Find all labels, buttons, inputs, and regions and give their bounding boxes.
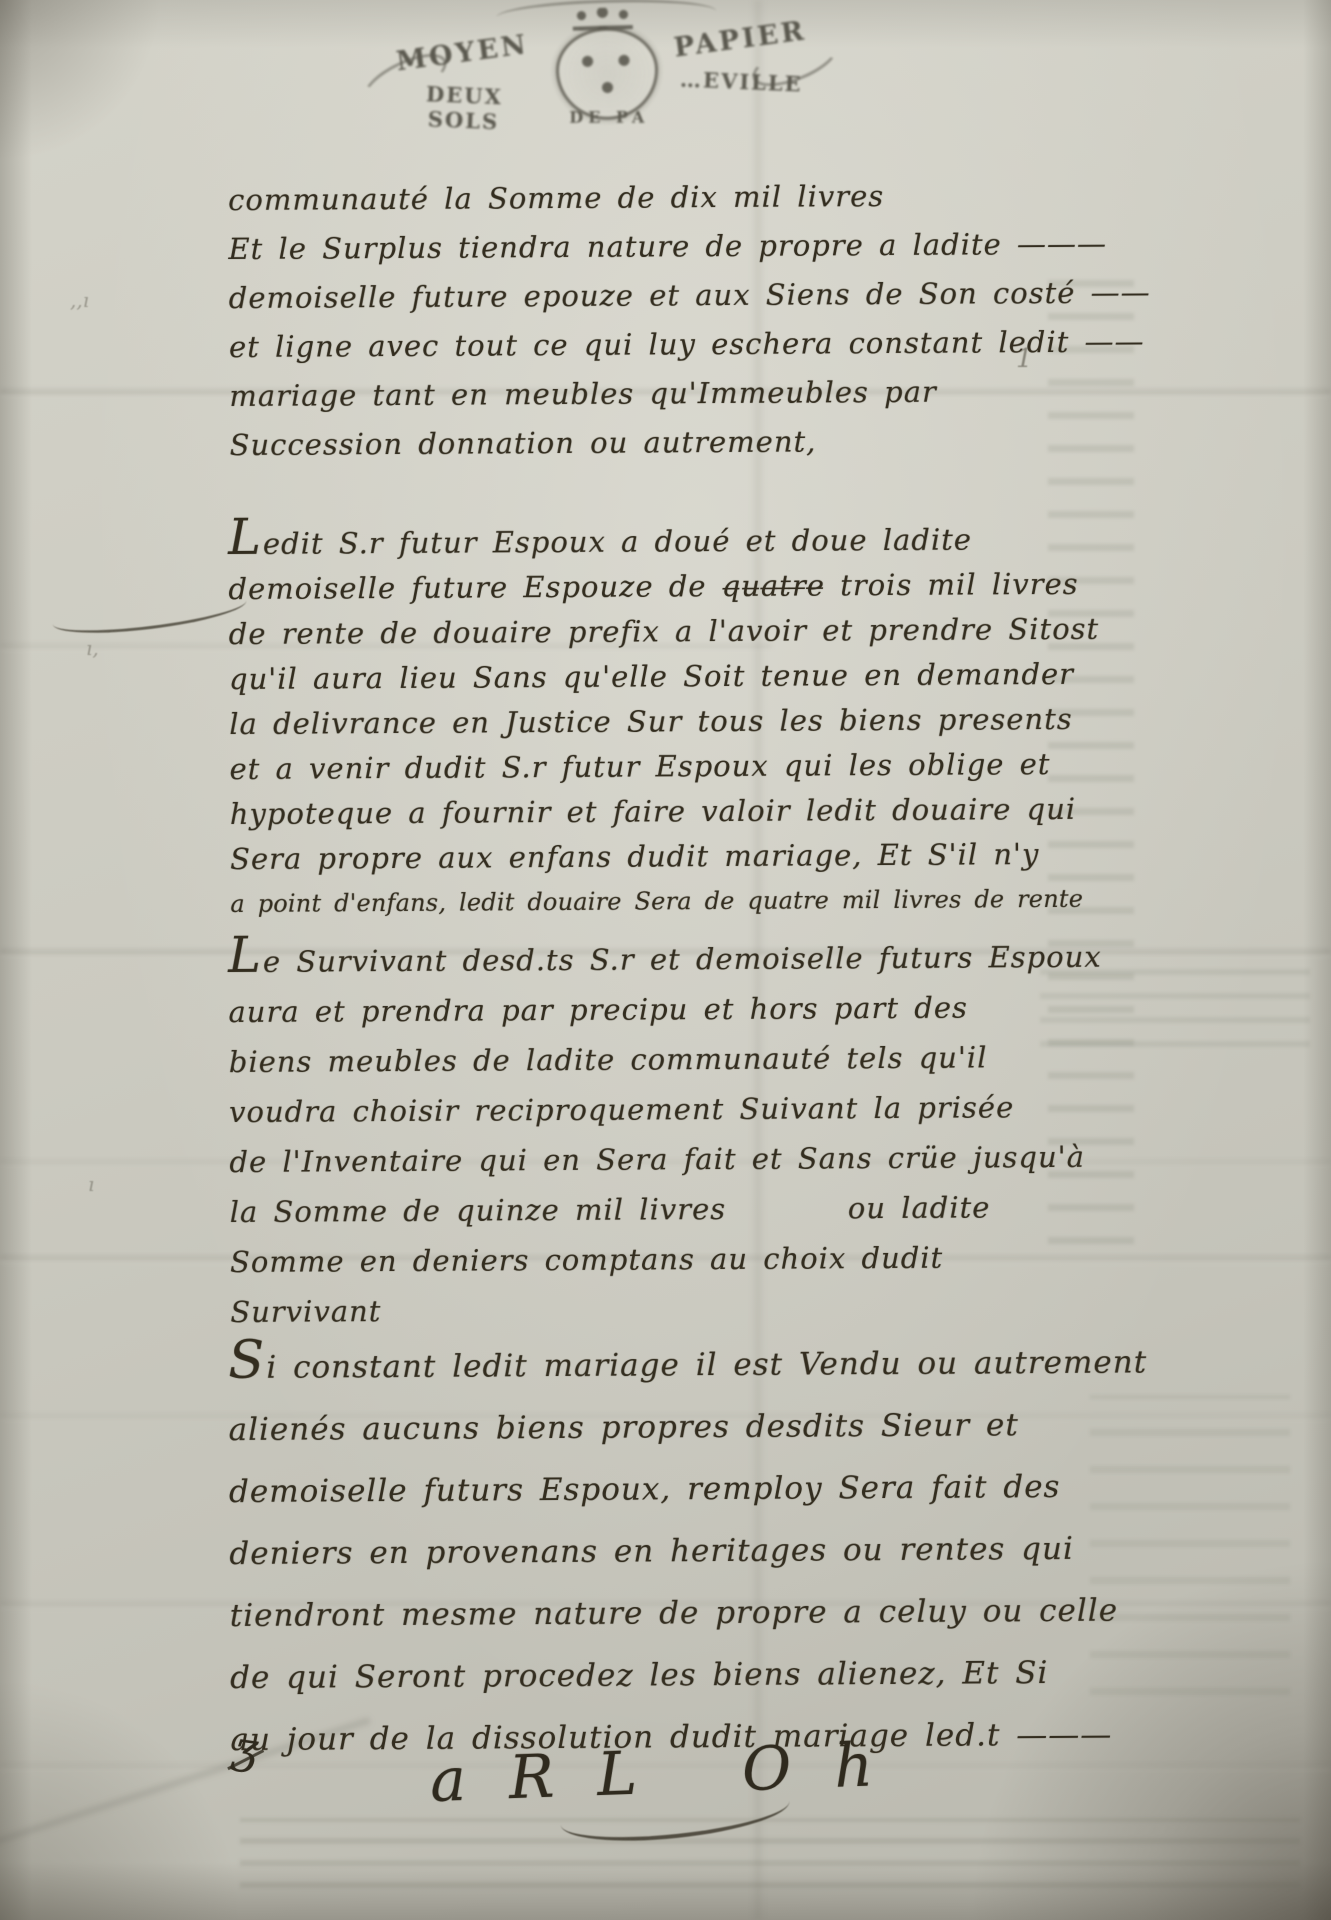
ink-bleedthrough [1090, 1395, 1290, 1725]
paragraph: Ledit S.r futur Espoux a doué et doue la… [228, 510, 1091, 927]
fiscal-paper-stamp: MOYEN DEUX SOLS PAPIER …EVILLE DE PA [376, 0, 819, 140]
margin-smudge: ı, [86, 636, 99, 660]
text-line: aura et prendra par precipu et hors part… [228, 982, 1088, 1037]
paragraph: Le Survivant desd.ts S.r et demoiselle f… [228, 925, 1090, 1337]
text-line: demoiselle future epouze et aux Siens de… [229, 269, 1089, 323]
manuscript-page: MOYEN DEUX SOLS PAPIER …EVILLE DE PA com… [0, 0, 1331, 1920]
text-line: tiendront mesme nature de propre a celuy… [230, 1580, 1090, 1647]
text-line: Somme en deniers comptans au choix dudit [230, 1232, 1090, 1287]
text-line: deniers en provenans en heritages ou ren… [229, 1518, 1089, 1585]
margin-smudge: ,,ı [70, 288, 89, 312]
text-line: biens meubles de ladite communauté tels … [229, 1032, 1089, 1087]
text-line: Succession donnation ou autrement, [229, 416, 1089, 470]
text-line: Et le Surplus tiendra nature de propre a… [228, 220, 1088, 274]
text-line: Si constant ledit mariage il est Vendu o… [228, 1325, 1088, 1399]
text-line: mariage tant en meubles qu'Immeubles par [229, 367, 1089, 421]
stamp-right-text: PAPIER …EVILLE [665, 22, 817, 96]
text-line: communauté la Somme de dix mil livres [228, 171, 1088, 225]
text-line: de l'Inventaire qui en Sera fait et Sans… [229, 1132, 1089, 1187]
margin-smudge: 1 [1016, 344, 1033, 374]
paragraph: Si constant ledit mariage il est Vendu o… [228, 1325, 1091, 1771]
text-line: alienés aucuns biens propres desdits Sie… [228, 1394, 1088, 1461]
text-line: Sera propre aux enfans dudit mariage, Et… [230, 832, 1090, 882]
text-line: de rente de douaire prefix a l'avoir et … [229, 607, 1089, 657]
text-line: demoiselle futurs Espoux, remploy Sera f… [229, 1456, 1089, 1523]
text-line: hypoteque a fournir et faire valoir ledi… [230, 787, 1090, 837]
stamp-word: MOYEN [386, 28, 539, 79]
margin-smudge: ı [88, 1172, 94, 1196]
text-line: voudra choisir reciproquement Suivant la… [229, 1082, 1089, 1137]
text-line: demoiselle future Espouze de q̶u̶a̶t̶r̶e… [228, 562, 1088, 612]
text-line: de qui Seront procedez les biens alienez… [230, 1642, 1090, 1709]
stamp-word: …EVILLE [666, 66, 817, 97]
text-line: la delivrance en Justice Sur tous les bi… [229, 697, 1089, 747]
text-line: et a venir dudit S.r futur Espoux qui le… [229, 742, 1089, 792]
text-line: la Somme de quinze mil livres ou ladite [230, 1182, 1090, 1237]
ink-bleedthrough [240, 1818, 1300, 1904]
stamp-footer-text: DE PA [499, 108, 719, 127]
text-line: qu'il aura lieu Sans qu'elle Soit tenue … [229, 652, 1089, 702]
margin-flourish-stroke [51, 584, 249, 641]
text-line: Le Survivant desd.ts S.r et demoiselle f… [228, 925, 1088, 987]
text-line: Ledit S.r futur Espoux a doué et doue la… [228, 510, 1088, 567]
paragraph: communauté la Somme de dix mil livres Et… [228, 171, 1090, 470]
text-line: a point d'enfans, ledit douaire Sera de … [230, 877, 1090, 927]
text-line: et ligne avec tout ce qui luy eschera co… [229, 318, 1089, 372]
